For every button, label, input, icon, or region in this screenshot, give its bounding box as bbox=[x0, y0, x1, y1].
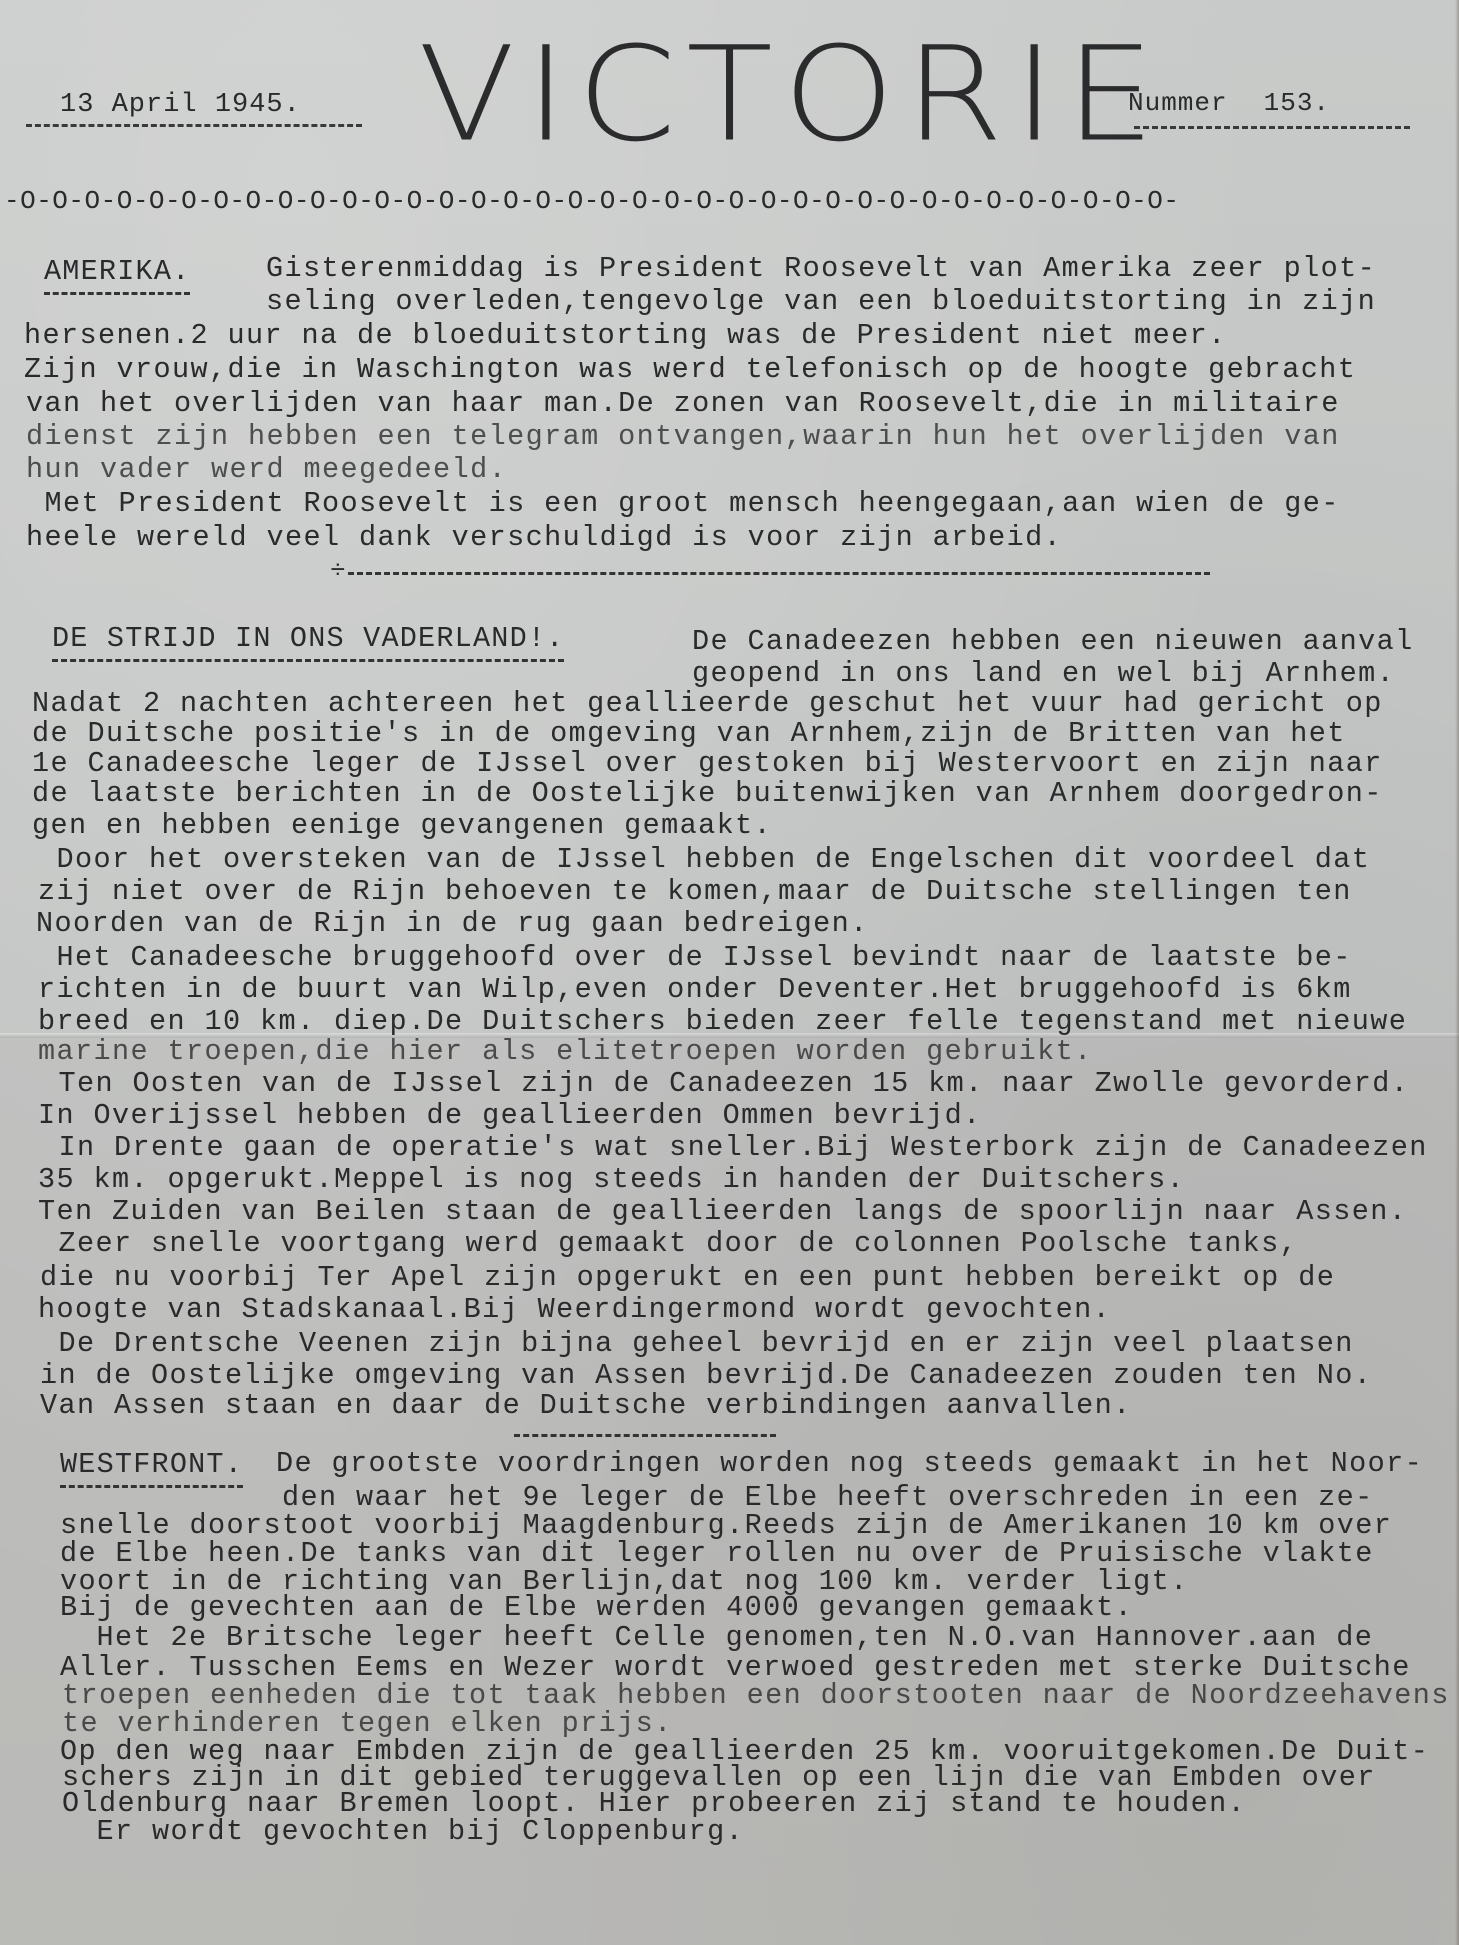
article-line: Het Canadeesche bruggehoofd over de IJss… bbox=[38, 944, 1352, 973]
article-line: De Drentsche Veenen zijn bijna geheel be… bbox=[40, 1330, 1354, 1359]
section-heading-amerika: AMERIKA. bbox=[44, 255, 190, 288]
article-line: Zeer snelle voortgang werd gemaakt door … bbox=[40, 1230, 1298, 1259]
article-line: De Canadeezen hebben een nieuwen aanval bbox=[692, 628, 1414, 657]
article-line: geopend in ons land en wel bij Arnhem. bbox=[692, 660, 1395, 689]
article-line: in de Oostelijke omgeving van Assen bevr… bbox=[40, 1362, 1372, 1391]
header-separator: -O-O-O-O-O-O-O-O-O-O-O-O-O-O-O-O-O-O-O-O… bbox=[4, 186, 1180, 216]
article-line: Er wordt gevochten bij Cloppenburg. bbox=[78, 1818, 744, 1847]
article-line: Zijn vrouw,die in Waschington was werd t… bbox=[24, 356, 1356, 385]
article-line: hersenen.2 uur na de bloeduitstorting wa… bbox=[24, 322, 1227, 351]
article-line: Ten Oosten van de IJssel zijn de Canadee… bbox=[40, 1070, 1409, 1099]
article-line: Het 2e Britsche leger heeft Celle genome… bbox=[78, 1624, 1373, 1653]
article-line: hun vader werd meegedeeld. bbox=[26, 456, 507, 485]
newsletter-title: VICTORIE bbox=[418, 30, 1165, 161]
article-line: Bij de gevechten aan de Elbe werden 4000… bbox=[60, 1594, 1133, 1623]
article-line: gen en hebben eenige gevangenen gemaakt. bbox=[32, 812, 772, 841]
article-line: breed en 10 km. diep.De Duitschers biede… bbox=[38, 1008, 1407, 1037]
article-line: Van Assen staan en daar de Duitsche verb… bbox=[40, 1392, 1132, 1421]
article-line: De grootste voordringen worden nog steed… bbox=[276, 1450, 1423, 1479]
section-divider bbox=[348, 572, 1210, 575]
section-heading-westfront: WESTFRONT. bbox=[60, 1448, 243, 1481]
article-line: Ten Zuiden van Beilen staan de geallieer… bbox=[38, 1198, 1407, 1227]
article-line: Gisterenmiddag is President Roosevelt va… bbox=[266, 255, 1376, 284]
section-divider bbox=[514, 1434, 776, 1437]
article-line: seling overleden,tengevolge van een bloe… bbox=[266, 288, 1376, 317]
article-line: die nu voorbij Ter Apel zijn opgerukt en… bbox=[40, 1264, 1335, 1293]
article-line: de Duitsche positie's in de omgeving van… bbox=[32, 720, 1346, 749]
article-line: Nadat 2 nachten achtereen het geallieerd… bbox=[32, 690, 1383, 719]
article-line: heele wereld veel dank verschuldigd is v… bbox=[26, 524, 1062, 553]
article-line: zij niet over de Rijn behoeven te komen,… bbox=[38, 878, 1352, 907]
article-line: richten in de buurt van Wilp,even onder … bbox=[38, 976, 1352, 1005]
issue-number-value: 153. bbox=[1264, 88, 1330, 118]
article-line: In Overijssel hebben de geallieerden Omm… bbox=[38, 1102, 982, 1131]
article-line: Door het oversteken van de IJssel hebben… bbox=[38, 846, 1370, 875]
number-underline bbox=[1134, 126, 1410, 129]
article-line: Met President Roosevelt is een groot men… bbox=[26, 490, 1340, 519]
article-line: van het overlijden van haar man.De zonen… bbox=[26, 390, 1340, 419]
issue-date: 13 April 1945. bbox=[60, 90, 301, 120]
article-line: Noorden van de Rijn in de rug gaan bedre… bbox=[36, 910, 869, 939]
article-line: marine troepen,die hier als elitetroepen… bbox=[38, 1038, 1093, 1067]
article-line: In Drente gaan de operatie's wat sneller… bbox=[40, 1134, 1428, 1163]
article-line: hoogte van Stadskanaal.Bij Weerdingermon… bbox=[38, 1296, 1111, 1325]
paper-edge-shadow bbox=[1455, 0, 1459, 1945]
issue-number: Nummer153. bbox=[1128, 88, 1330, 118]
date-underline bbox=[26, 124, 362, 127]
issue-number-label: Nummer bbox=[1128, 88, 1228, 118]
article-line: de laatste berichten in de Oostelijke bu… bbox=[32, 780, 1383, 809]
divider-mark: ÷ bbox=[330, 556, 346, 586]
section-heading-vaderland: DE STRIJD IN ONS VADERLAND!. bbox=[52, 622, 564, 655]
article-line: dienst zijn hebben een telegram ontvange… bbox=[26, 423, 1340, 452]
article-line: 1e Canadeesche leger de IJssel over gest… bbox=[32, 750, 1383, 779]
article-line: 35 km. opgerukt.Meppel is nog steeds in … bbox=[38, 1166, 1185, 1195]
